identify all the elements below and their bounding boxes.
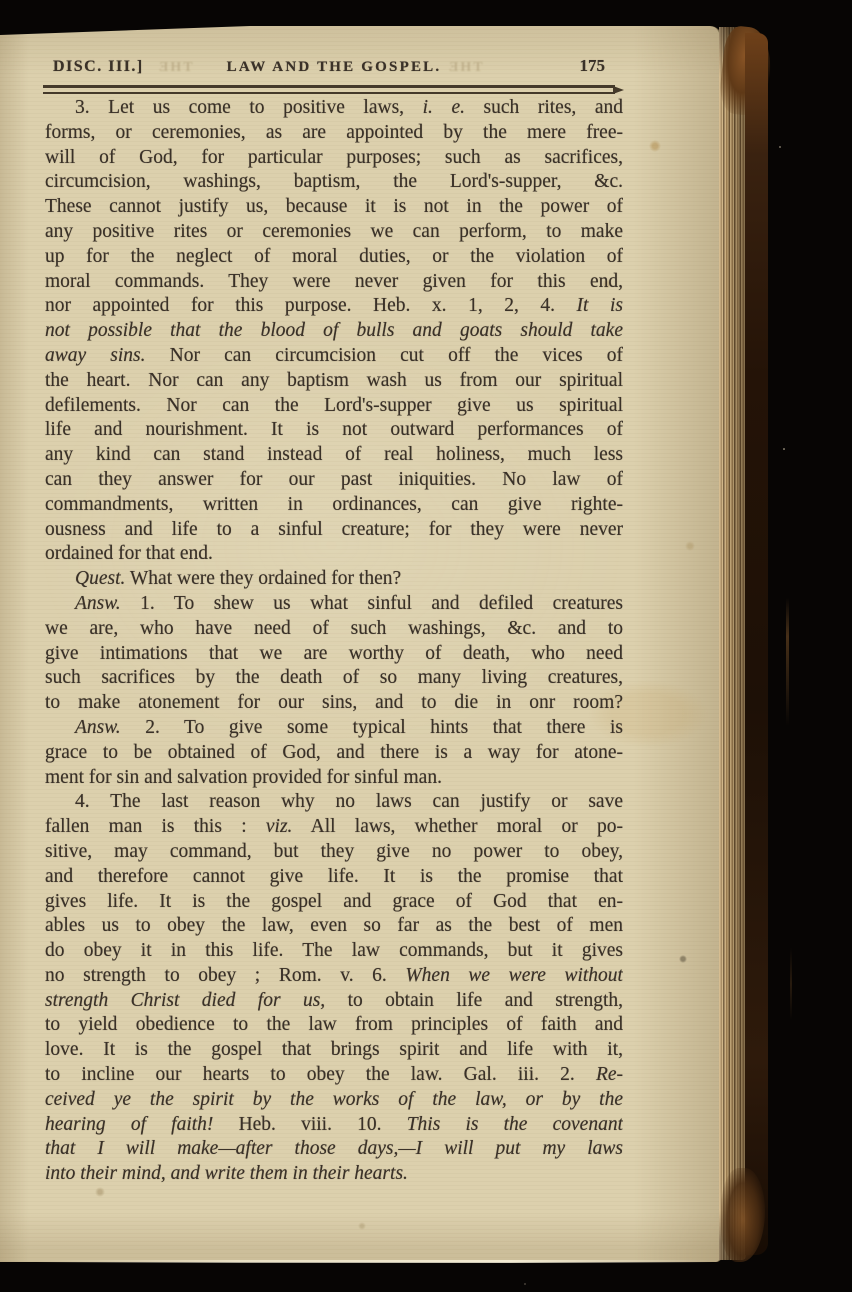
text-segment: ousness and life to a sinful creature; f…: [45, 519, 623, 540]
text-line: 3. Let us come to positive laws, i. e. s…: [45, 96, 623, 121]
italic-text-segment: Quest.: [75, 568, 125, 589]
text-line: that I will make—after those days,—I wil…: [45, 1137, 623, 1162]
text-segment: give intimations that we are worthy of d…: [45, 643, 623, 664]
italic-text-segment: hearing of faith!: [45, 1114, 213, 1135]
text-segment: can they answer for our past iniquities.…: [45, 469, 623, 490]
book-page: DISC. III.] THE LAW AND THE GOSPEL. THE …: [0, 26, 722, 1262]
text-block: 3. Let us come to positive laws, i. e. s…: [45, 96, 623, 1187]
italic-text-segment: not possible that the blood of bulls and…: [45, 320, 623, 341]
cover-glint: [786, 598, 789, 726]
italic-text-segment: Answ.: [75, 593, 121, 614]
text-segment: What were they ordained for then?: [125, 568, 401, 589]
italic-text-segment: away sins.: [45, 345, 146, 366]
text-segment: to incline our hearts to obey the law. G…: [45, 1064, 596, 1085]
text-line: to yield obedience to the law from princ…: [45, 1013, 623, 1038]
text-segment: sitive, may command, but they give no po…: [45, 841, 623, 862]
text-line: forms, or ceremonies, as are appointed b…: [45, 121, 623, 146]
text-line: ceived ye the spirit by the works of the…: [45, 1088, 623, 1113]
text-segment: These cannot justify us, because it is n…: [45, 196, 623, 217]
text-segment: Heb. viii. 10.: [213, 1114, 406, 1135]
text-line: love. It is the gospel that brings spiri…: [45, 1038, 623, 1063]
text-line: do obey it in this life. The law command…: [45, 939, 623, 964]
text-line: up for the neglect of moral duties, or t…: [45, 245, 623, 270]
text-line: Answ. 2. To give some typical hints that…: [45, 716, 623, 741]
cover-glint: [790, 948, 792, 1020]
text-line: sitive, may command, but they give no po…: [45, 840, 623, 865]
text-line: ousness and life to a sinful creature; f…: [45, 518, 623, 543]
text-segment: the heart. Nor can any baptism wash us f…: [45, 370, 623, 391]
italic-text-segment: viz.: [266, 816, 293, 837]
italic-text-segment: Answ.: [75, 717, 121, 738]
text-segment: such sacrifices by the death of so many …: [45, 667, 623, 688]
dust-speck: [783, 448, 785, 450]
text-segment: ordained for that end.: [45, 543, 213, 564]
text-line: moral commands. They were never given fo…: [45, 270, 623, 295]
text-segment: 3. Let us come to positive laws,: [75, 97, 423, 118]
italic-text-segment: that I will make—after those days,—I wil…: [45, 1138, 623, 1159]
text-line: Answ. 1. To shew us what sinful and defi…: [45, 592, 623, 617]
text-line: These cannot justify us, because it is n…: [45, 195, 623, 220]
italic-text-segment: Re-: [596, 1064, 623, 1085]
text-segment: to make atonement for our sins, and to d…: [45, 692, 623, 713]
text-segment: such rites, and: [465, 97, 623, 118]
text-line: ordained for that end.: [45, 542, 623, 567]
italic-text-segment: strength Christ died for us,: [45, 990, 325, 1011]
double-rule: [43, 85, 615, 94]
text-segment: any kind can stand instead of real holin…: [45, 444, 623, 465]
text-segment: love. It is the gospel that brings spiri…: [45, 1039, 623, 1060]
text-segment: any positive rites or ceremonies we can …: [45, 221, 623, 242]
text-line: defilements. Nor can the Lord's-supper g…: [45, 394, 623, 419]
italic-text-segment: ceived ye the spirit by the works of the…: [45, 1089, 623, 1110]
text-line: circumcision, washings, baptism, the Lor…: [45, 170, 623, 195]
text-line: to incline our hearts to obey the law. G…: [45, 1063, 623, 1088]
dust-speck: [524, 1283, 526, 1285]
italic-text-segment: It is: [577, 295, 623, 316]
text-line: can they answer for our past iniquities.…: [45, 468, 623, 493]
text-segment: will of God, for particular purposes; su…: [45, 147, 623, 168]
italic-text-segment: When we were without: [405, 965, 623, 986]
section-label: DISC. III.]: [53, 58, 144, 76]
text-segment: fallen man is this :: [45, 816, 266, 837]
text-segment: 4. The last reason why no laws can justi…: [75, 791, 623, 812]
text-line: away sins. Nor can circumcision cut off …: [45, 344, 623, 369]
text-segment: to yield obedience to the law from princ…: [45, 1014, 623, 1035]
text-line: any kind can stand instead of real holin…: [45, 443, 623, 468]
text-segment: 1. To shew us what sinful and defiled cr…: [121, 593, 623, 614]
text-segment: ables us to obey the law, even so far as…: [45, 915, 623, 936]
text-line: no strength to obey ; Rom. v. 6. When we…: [45, 964, 623, 989]
text-line: grace to be obtained of God, and there i…: [45, 741, 623, 766]
text-line: give intimations that we are worthy of d…: [45, 642, 623, 667]
text-line: ment for sin and salvation provided for …: [45, 766, 623, 791]
text-line: nor appointed for this purpose. Heb. x. …: [45, 294, 623, 319]
text-segment: grace to be obtained of God, and there i…: [45, 742, 623, 763]
text-segment: we are, who have need of such washings, …: [45, 618, 623, 639]
text-line: to make atonement for our sins, and to d…: [45, 691, 623, 716]
page-header: DISC. III.] THE LAW AND THE GOSPEL. THE …: [45, 55, 623, 81]
text-segment: circumcision, washings, baptism, the Lor…: [45, 171, 623, 192]
text-segment: life and nourishment. It is not outward …: [45, 419, 623, 440]
text-segment: do obey it in this life. The law command…: [45, 940, 623, 961]
text-line: into their mind, and write them in their…: [45, 1162, 623, 1187]
italic-text-segment: into their mind, and write them in their…: [45, 1163, 408, 1184]
text-line: the heart. Nor can any baptism wash us f…: [45, 369, 623, 394]
text-line: any positive rites or ceremonies we can …: [45, 220, 623, 245]
text-line: we are, who have need of such washings, …: [45, 617, 623, 642]
text-segment: 2. To give some typical hints that there…: [121, 717, 623, 738]
text-segment: no strength to obey ; Rom. v. 6.: [45, 965, 405, 986]
text-segment: gives life. It is the gospel and grace o…: [45, 891, 623, 912]
text-segment: commandments, written in ordinances, can…: [45, 494, 623, 515]
dust-speck: [779, 146, 781, 148]
text-segment: nor appointed for this purpose. Heb. x. …: [45, 295, 577, 316]
text-segment: Nor can circumcision cut off the vices o…: [146, 345, 623, 366]
book-cover-edge: [745, 33, 768, 1255]
text-line: such sacrifices by the death of so many …: [45, 666, 623, 691]
text-segment: ment for sin and salvation provided for …: [45, 767, 442, 788]
text-line: commandments, written in ordinances, can…: [45, 493, 623, 518]
text-line: strength Christ died for us, to obtain l…: [45, 989, 623, 1014]
italic-text-segment: This is the covenant: [407, 1114, 623, 1135]
showthrough-text: THE: [447, 60, 483, 76]
text-segment: to obtain life and strength,: [325, 990, 623, 1011]
page-edges: [719, 27, 746, 1260]
text-line: not possible that the blood of bulls and…: [45, 319, 623, 344]
text-segment: and therefore cannot give life. It is th…: [45, 866, 623, 887]
text-line: and therefore cannot give life. It is th…: [45, 865, 623, 890]
text-segment: forms, or ceremonies, as are appointed b…: [45, 122, 623, 143]
text-line: fallen man is this : viz. All laws, whet…: [45, 815, 623, 840]
text-line: will of God, for particular purposes; su…: [45, 146, 623, 171]
showthrough-text: THE: [157, 60, 193, 76]
italic-text-segment: i. e.: [423, 97, 465, 118]
text-segment: defilements. Nor can the Lord's-supper g…: [45, 395, 623, 416]
text-line: hearing of faith! Heb. viii. 10. This is…: [45, 1113, 623, 1138]
text-segment: All laws, whether moral or po-: [292, 816, 623, 837]
text-line: 4. The last reason why no laws can justi…: [45, 790, 623, 815]
text-line: gives life. It is the gospel and grace o…: [45, 890, 623, 915]
text-line: ables us to obey the law, even so far as…: [45, 914, 623, 939]
photograph-background: DISC. III.] THE LAW AND THE GOSPEL. THE …: [0, 0, 852, 1292]
text-segment: moral commands. They were never given fo…: [45, 271, 623, 292]
running-title: LAW AND THE GOSPEL.: [227, 59, 442, 76]
text-line: Quest. What were they ordained for then?: [45, 567, 623, 592]
page-number: 175: [580, 56, 606, 76]
text-line: life and nourishment. It is not outward …: [45, 418, 623, 443]
text-segment: up for the neglect of moral duties, or t…: [45, 246, 623, 267]
